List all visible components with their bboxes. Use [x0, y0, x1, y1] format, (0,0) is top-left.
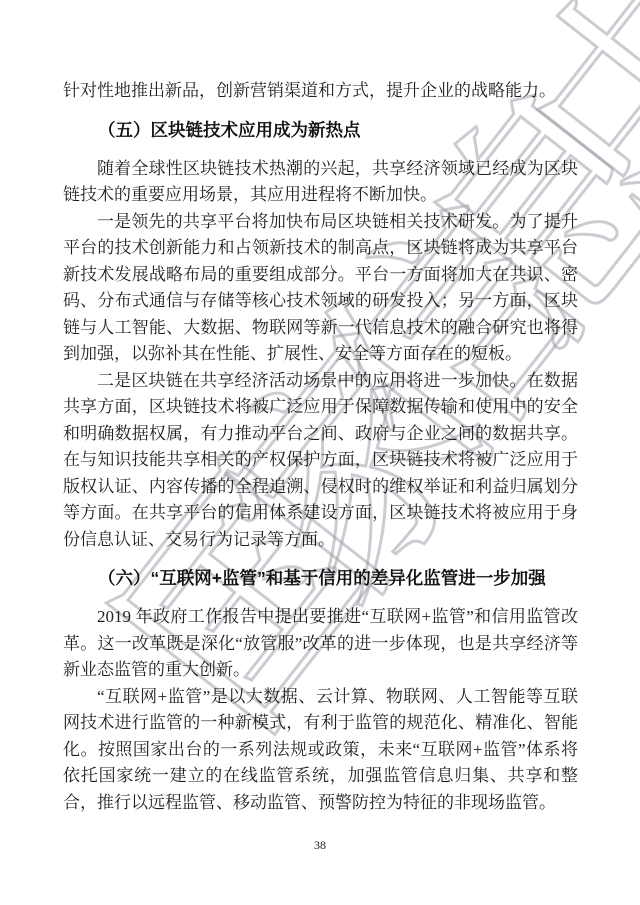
page-content: 针对性地推出新品，创新营销渠道和方式，提升企业的战略能力。 （五）区块链技术应用…: [63, 78, 578, 816]
paragraph: “互联网+监管”是以大数据、云计算、物联网、人工智能等互联网技术进行监管的一种新…: [63, 684, 578, 817]
section-heading-blockchain: （五）区块链技术应用成为新热点: [63, 117, 578, 144]
page-number: 38: [314, 838, 326, 852]
paragraph: 一是领先的共享平台将加快布局区块链相关技术研发。为了提升平台的技术创新能力和占领…: [63, 209, 578, 368]
paragraph-continuation: 针对性地推出新品，创新营销渠道和方式，提升企业的战略能力。: [63, 78, 578, 105]
paragraph: 二是区块链在共享经济活动场景中的应用将进一步加快。在数据共享方面，区块链技术将被…: [63, 368, 578, 554]
paragraph: 2019 年政府工作报告中提出要推进“互联网+监管”和信用监管改革。这一改革既是…: [63, 604, 578, 684]
paragraph: 随着全球性区块链技术热潮的兴起，共享经济领域已经成为区块链技术的重要应用场景，其…: [63, 156, 578, 209]
page-footer: 38: [0, 836, 640, 854]
section-heading-internet-regulation: （六）“互联网+监管”和基于信用的差异化监管进一步加强: [63, 565, 578, 592]
document-page: 国家信息中心 针对性地推出新品，创新营销渠道和方式，提升企业的战略能力。 （五）…: [0, 0, 640, 905]
